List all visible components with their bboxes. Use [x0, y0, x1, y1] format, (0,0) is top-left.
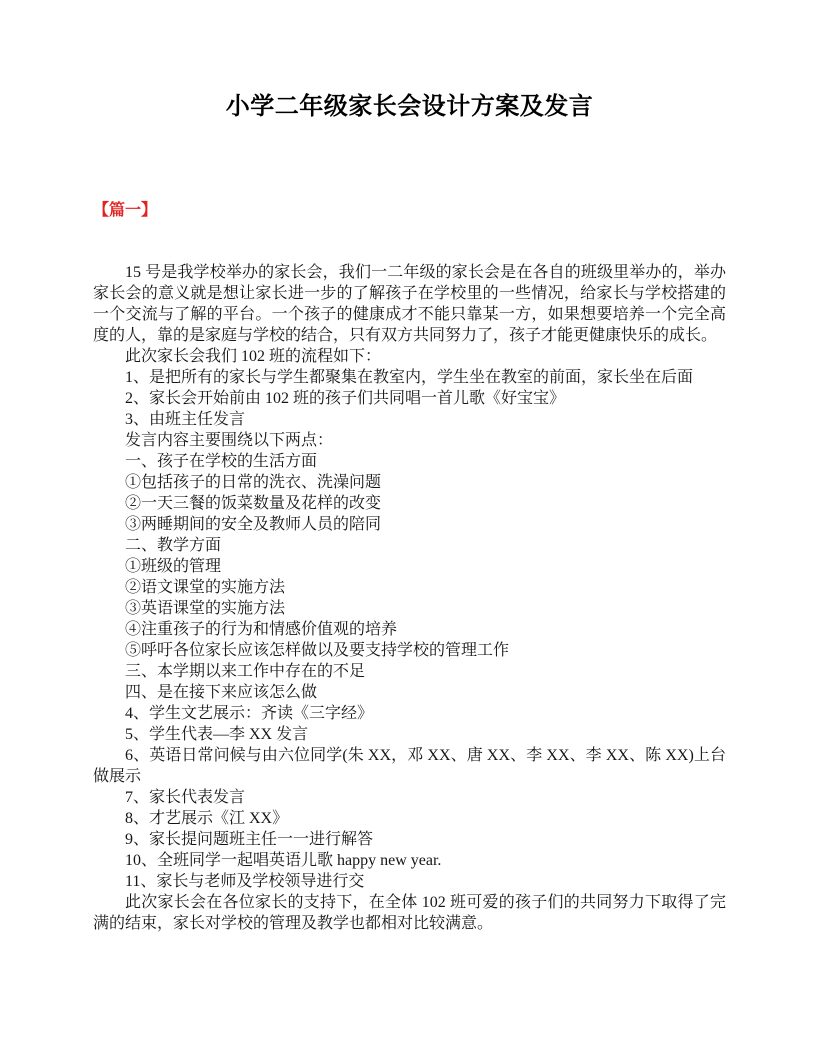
paragraph: 15 号是我学校举办的家长会，我们一二年级的家长会是在各自的班级里举办的，举办家…	[93, 262, 726, 346]
paragraph: 三、本学期以来工作中存在的不足	[93, 661, 726, 682]
body-paragraphs: 15 号是我学校举办的家长会，我们一二年级的家长会是在各自的班级里举办的，举办家…	[93, 262, 726, 934]
paragraph: ③两睡期间的安全及教师人员的陪同	[93, 514, 726, 535]
paragraph: 11、家长与老师及学校领导进行交	[93, 871, 726, 892]
paragraph: ②一天三餐的饭菜数量及花样的改变	[93, 493, 726, 514]
paragraph: 10、全班同学一起唱英语儿歌 happy new year.	[93, 850, 726, 871]
paragraph: 此次家长会我们 102 班的流程如下：	[93, 346, 726, 367]
paragraph: 5、学生代表—李 XX 发言	[93, 724, 726, 745]
paragraph: 发言内容主要围绕以下两点：	[93, 430, 726, 451]
paragraph: 4、学生文艺展示：齐读《三字经》	[93, 703, 726, 724]
paragraph: ②语文课堂的实施方法	[93, 577, 726, 598]
paragraph: 二、教学方面	[93, 535, 726, 556]
paragraph: 2、家长会开始前由 102 班的孩子们共同唱一首儿歌《好宝宝》	[93, 388, 726, 409]
paragraph: 8、才艺展示《江 XX》	[93, 808, 726, 829]
paragraph: 一、孩子在学校的生活方面	[93, 451, 726, 472]
paragraph: ①班级的管理	[93, 556, 726, 577]
paragraph: 6、英语日常问候与由六位同学(朱 XX，邓 XX、唐 XX、李 XX、李 XX、…	[93, 745, 726, 787]
paragraph: 此次家长会在各位家长的支持下，在全体 102 班可爱的孩子们的共同努力下取得了完…	[93, 892, 726, 934]
paragraph: ⑤呼吁各位家长应该怎样做以及要支持学校的管理工作	[93, 640, 726, 661]
paragraph: 3、由班主任发言	[93, 409, 726, 430]
paragraph: ④注重孩子的行为和情感价值观的培养	[93, 619, 726, 640]
paragraph: ①包括孩子的日常的洗衣、洗澡问题	[93, 472, 726, 493]
document-page: 小学二年级家长会设计方案及发言 【篇一】 15 号是我学校举办的家长会，我们一二…	[0, 0, 816, 1056]
paragraph: 7、家长代表发言	[93, 787, 726, 808]
paragraph: 9、家长提问题班主任一一进行解答	[93, 829, 726, 850]
document-title: 小学二年级家长会设计方案及发言	[93, 90, 726, 124]
section-heading: 【篇一】	[93, 200, 726, 221]
paragraph: ③英语课堂的实施方法	[93, 598, 726, 619]
paragraph: 1、是把所有的家长与学生都聚集在教室内，学生坐在教室的前面，家长坐在后面	[93, 367, 726, 388]
paragraph: 四、是在接下来应该怎么做	[93, 682, 726, 703]
